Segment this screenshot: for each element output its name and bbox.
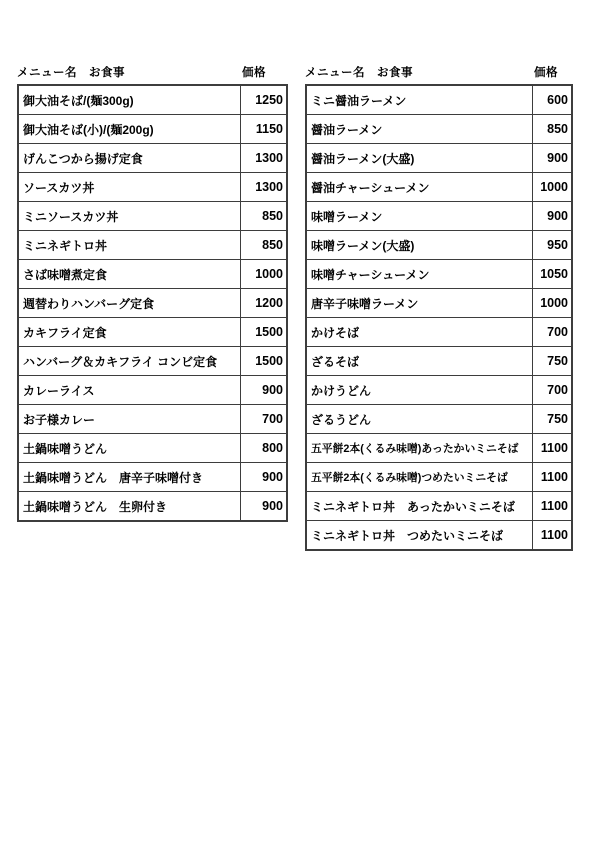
item-name: 土鍋味噌うどん 生卵付き <box>19 492 240 520</box>
item-price: 1100 <box>532 492 571 520</box>
menu-row: さば味噌煮定食1000 <box>19 259 286 288</box>
table-header-row: メニュー名 お食事 価格 <box>305 63 573 80</box>
menu-row: カキフライ定食1500 <box>19 317 286 346</box>
menu-row: 五平餅2本(くるみ味噌)つめたいミニそば1100 <box>307 462 571 491</box>
item-name: 醤油ラーメン <box>307 115 532 143</box>
item-name: ハンバーグ＆カキフライ コンビ定食 <box>19 347 240 375</box>
menu-row: 御大油そば(小)/(麺200g)1150 <box>19 114 286 143</box>
menu-name-column-header: メニュー名 お食事 <box>305 64 530 80</box>
item-price: 1050 <box>532 260 571 288</box>
item-price: 1100 <box>532 521 571 549</box>
item-price: 600 <box>532 86 571 114</box>
item-name: ミニ醤油ラーメン <box>307 86 532 114</box>
item-name: 唐辛子味噌ラーメン <box>307 289 532 317</box>
menu-row: 味噌ラーメン(大盛)950 <box>307 230 571 259</box>
item-name: 御大油そば/(麺300g) <box>19 86 240 114</box>
item-price: 1000 <box>240 260 286 288</box>
item-price: 1150 <box>240 115 286 143</box>
item-price: 1100 <box>532 434 571 462</box>
menu-row: カレーライス900 <box>19 375 286 404</box>
food-menu-table: メニュー名 お食事 価格 御大油そば/(麺300g)1250御大油そば(小)/(… <box>17 63 288 522</box>
menu-row: お子様カレー700 <box>19 404 286 433</box>
item-price: 750 <box>532 347 571 375</box>
item-name: ソースカツ丼 <box>19 173 240 201</box>
item-price: 1500 <box>240 347 286 375</box>
item-name: 醤油チャーシューメン <box>307 173 532 201</box>
menu-row: げんこつから揚げ定食1300 <box>19 143 286 172</box>
menu-row: ミニソースカツ丼850 <box>19 201 286 230</box>
item-price: 950 <box>532 231 571 259</box>
item-name: ミニネギトロ丼 あったかいミニそば <box>307 492 532 520</box>
item-name: かけそば <box>307 318 532 346</box>
item-name: 五平餅2本(くるみ味噌)あったかいミニそば <box>307 434 532 462</box>
item-price: 700 <box>240 405 286 433</box>
item-name: 味噌ラーメン(大盛) <box>307 231 532 259</box>
item-price: 900 <box>532 144 571 172</box>
menu-row: 御大油そば/(麺300g)1250 <box>19 86 286 114</box>
price-column-header: 価格 <box>238 64 288 80</box>
menu-row: 醤油チャーシューメン1000 <box>307 172 571 201</box>
item-name: ミニソースカツ丼 <box>19 202 240 230</box>
item-name: 味噌チャーシューメン <box>307 260 532 288</box>
menu-row: ソースカツ丼1300 <box>19 172 286 201</box>
menu-row: 唐辛子味噌ラーメン1000 <box>307 288 571 317</box>
item-price: 850 <box>240 231 286 259</box>
item-price: 900 <box>240 492 286 520</box>
item-name: げんこつから揚げ定食 <box>19 144 240 172</box>
item-name: 土鍋味噌うどん <box>19 434 240 462</box>
item-name: かけうどん <box>307 376 532 404</box>
table-header-row: メニュー名 お食事 価格 <box>17 63 288 80</box>
item-price: 700 <box>532 318 571 346</box>
item-price: 1000 <box>532 173 571 201</box>
menu-row: ざるうどん750 <box>307 404 571 433</box>
item-name: ざるそば <box>307 347 532 375</box>
ramen-noodle-menu-table: メニュー名 お食事 価格 ミニ醤油ラーメン600醤油ラーメン850醤油ラーメン(… <box>305 63 573 551</box>
item-price: 900 <box>240 376 286 404</box>
item-name: さば味噌煮定食 <box>19 260 240 288</box>
menu-row: ミニネギトロ丼850 <box>19 230 286 259</box>
menu-row: 土鍋味噌うどん 生卵付き900 <box>19 491 286 520</box>
menu-row: 土鍋味噌うどん800 <box>19 433 286 462</box>
menu-row: 週替わりハンバーグ定食1200 <box>19 288 286 317</box>
menu-name-column-header: メニュー名 お食事 <box>17 64 238 80</box>
item-price: 1000 <box>532 289 571 317</box>
menu-row: ミニネギトロ丼 あったかいミニそば1100 <box>307 491 571 520</box>
menu-row: ミニネギトロ丼 つめたいミニそば1100 <box>307 520 571 549</box>
menu-row: 土鍋味噌うどん 唐辛子味噌付き900 <box>19 462 286 491</box>
price-column-header: 価格 <box>530 64 573 80</box>
item-name: ミニネギトロ丼 <box>19 231 240 259</box>
item-name: ミニネギトロ丼 つめたいミニそば <box>307 521 532 549</box>
menu-row: ざるそば750 <box>307 346 571 375</box>
item-name: 土鍋味噌うどん 唐辛子味噌付き <box>19 463 240 491</box>
item-price: 750 <box>532 405 571 433</box>
menu-row: 醤油ラーメン(大盛)900 <box>307 143 571 172</box>
item-price: 900 <box>532 202 571 230</box>
item-name: 五平餅2本(くるみ味噌)つめたいミニそば <box>307 463 532 491</box>
menu-row: ハンバーグ＆カキフライ コンビ定食1500 <box>19 346 286 375</box>
item-name: お子様カレー <box>19 405 240 433</box>
item-name: 醤油ラーメン(大盛) <box>307 144 532 172</box>
item-price: 1300 <box>240 144 286 172</box>
item-name: ざるうどん <box>307 405 532 433</box>
menu-row: 醤油ラーメン850 <box>307 114 571 143</box>
menu-row: 五平餅2本(くるみ味噌)あったかいミニそば1100 <box>307 433 571 462</box>
item-price: 1300 <box>240 173 286 201</box>
menu-row: 味噌ラーメン900 <box>307 201 571 230</box>
menu-row: ミニ醤油ラーメン600 <box>307 86 571 114</box>
menu-row: 味噌チャーシューメン1050 <box>307 259 571 288</box>
item-name: 週替わりハンバーグ定食 <box>19 289 240 317</box>
item-name: 味噌ラーメン <box>307 202 532 230</box>
item-price: 900 <box>240 463 286 491</box>
item-price: 1250 <box>240 86 286 114</box>
menu-row: かけそば700 <box>307 317 571 346</box>
menu-table-body: 御大油そば/(麺300g)1250御大油そば(小)/(麺200g)1150げんこ… <box>17 84 288 522</box>
menu-table-body: ミニ醤油ラーメン600醤油ラーメン850醤油ラーメン(大盛)900醤油チャーシュ… <box>305 84 573 551</box>
item-name: カキフライ定食 <box>19 318 240 346</box>
item-price: 850 <box>532 115 571 143</box>
item-price: 1200 <box>240 289 286 317</box>
item-price: 700 <box>532 376 571 404</box>
item-price: 1500 <box>240 318 286 346</box>
menu-page: メニュー名 お食事 価格 御大油そば/(麺300g)1250御大油そば(小)/(… <box>0 0 597 843</box>
item-name: 御大油そば(小)/(麺200g) <box>19 115 240 143</box>
menu-row: かけうどん700 <box>307 375 571 404</box>
item-price: 800 <box>240 434 286 462</box>
item-price: 1100 <box>532 463 571 491</box>
item-price: 850 <box>240 202 286 230</box>
item-name: カレーライス <box>19 376 240 404</box>
